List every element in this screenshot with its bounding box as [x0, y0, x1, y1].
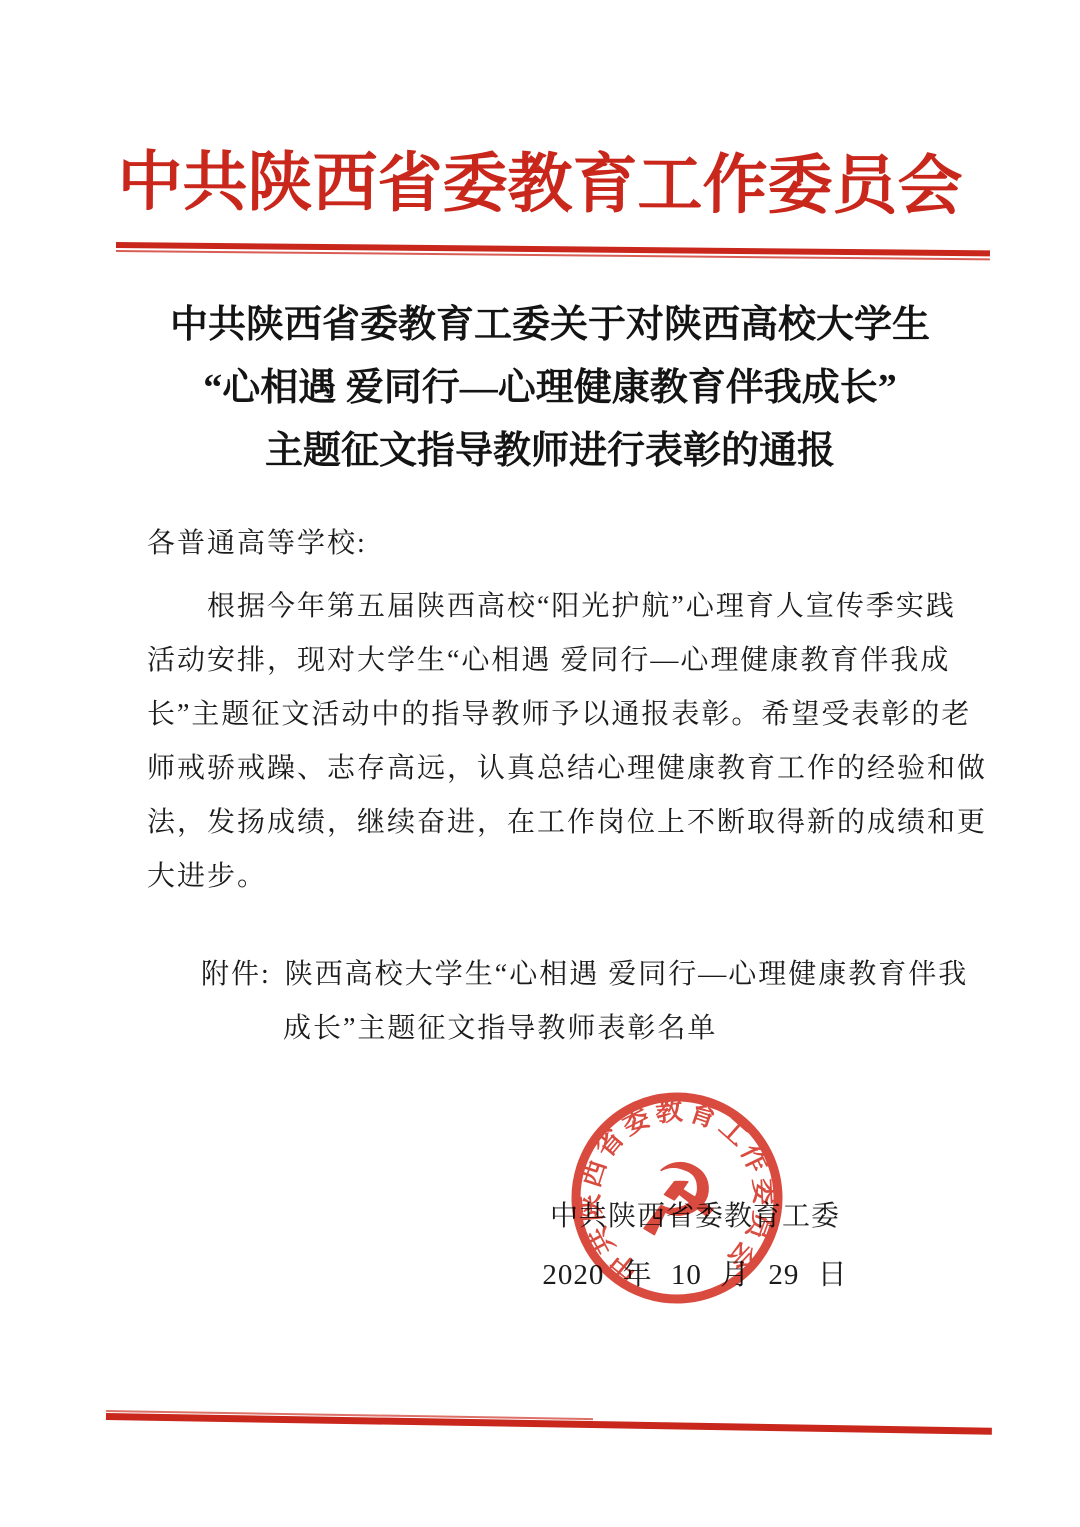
footer-divider-line [106, 1410, 992, 1435]
body-paragraph: 根据今年第五届陕西高校“阳光护航”心理育人宣传季实践 活动安排，现对大学生“心相… [147, 580, 987, 904]
body-line: 法，发扬成绩，继续奋进，在工作岗位上不断取得新的成绩和更 [147, 796, 987, 850]
title-line-1: 中共陕西省委教育工委关于对陕西高校大学生 [110, 294, 990, 357]
title-line-2: “心相遇 爱同行—心理健康教育伴我成长” [110, 357, 990, 420]
attachment-note: 附件:陕西高校大学生“心相遇 爱同行—心理健康教育伴我 成长”主题征文指导教师表… [201, 948, 968, 1056]
body-line: 长”主题征文活动中的指导教师予以通报表彰。希望受表彰的老 [147, 688, 987, 742]
document-page: 中共陕西省委教育工作委员会 中共陕西省委教育工委关于对陕西高校大学生 “心相遇 … [0, 0, 1080, 1527]
title-line-3: 主题征文指导教师进行表彰的通报 [110, 420, 990, 483]
attachment-text-line-2: 成长”主题征文指导教师表彰名单 [283, 1002, 968, 1056]
salutation: 各普通高等学校: [147, 524, 367, 564]
hammer-sickle-icon: ☭ [630, 1141, 724, 1259]
document-title: 中共陕西省委教育工委关于对陕西高校大学生 “心相遇 爱同行—心理健康教育伴我成长… [110, 294, 990, 483]
body-line: 根据今年第五届陕西高校“阳光护航”心理育人宣传季实践 [147, 580, 987, 634]
body-line: 大进步。 [147, 850, 987, 904]
official-seal: 中共陕西省委教育工作委员会 ☭ [557, 1078, 796, 1317]
footer-divider-main [106, 1413, 992, 1435]
letterhead-org-name: 中共陕西省委教育工作委员会 [100, 144, 980, 227]
letterhead-divider-line [116, 242, 990, 260]
attachment-label: 附件: [201, 959, 271, 990]
attachment-text-line-1: 陕西高校大学生“心相遇 爱同行—心理健康教育伴我 [285, 959, 968, 990]
body-line: 师戒骄戒躁、志存高远，认真总结心理健康教育工作的经验和做 [147, 742, 987, 796]
body-line: 活动安排，现对大学生“心相遇 爱同行—心理健康教育伴我成 [147, 634, 987, 688]
